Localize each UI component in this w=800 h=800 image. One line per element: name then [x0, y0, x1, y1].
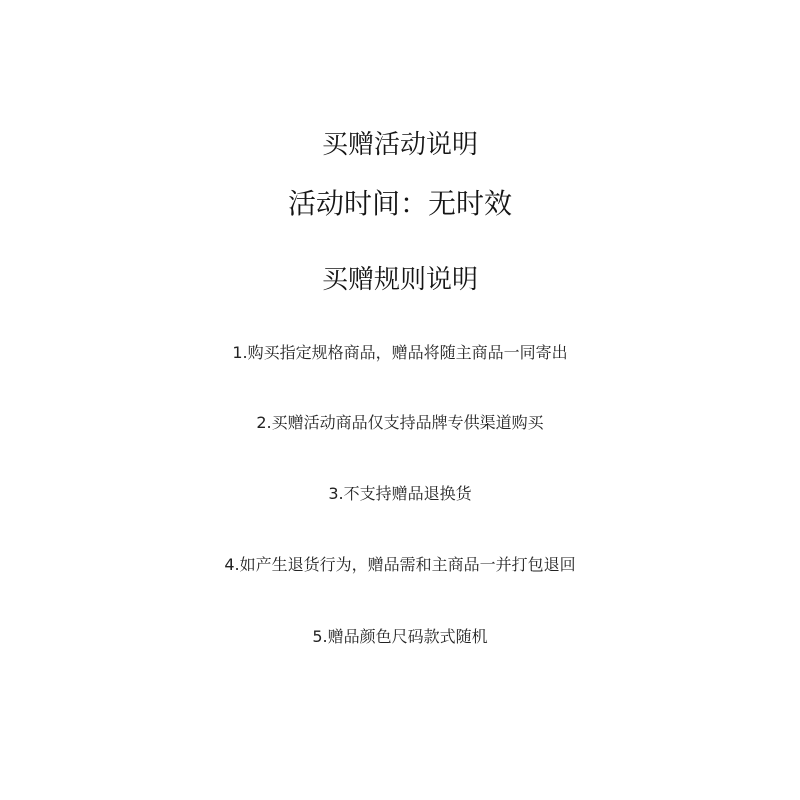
page-title: 买赠活动说明: [0, 127, 800, 163]
activity-time: 活动时间：无时效: [0, 185, 800, 223]
rules-heading: 买赠规则说明: [0, 262, 800, 298]
rule-item: 3.不支持赠品退换货: [0, 483, 800, 505]
rule-item: 4.如产生退货行为，赠品需和主商品一并打包退回: [0, 554, 800, 576]
promo-description-page: 买赠活动说明 活动时间：无时效 买赠规则说明 1.购买指定规格商品，赠品将随主商…: [0, 0, 800, 800]
rule-item: 2.买赠活动商品仅支持品牌专供渠道购买: [0, 412, 800, 434]
rule-item: 1.购买指定规格商品，赠品将随主商品一同寄出: [0, 342, 800, 364]
rule-item: 5.赠品颜色尺码款式随机: [0, 626, 800, 648]
